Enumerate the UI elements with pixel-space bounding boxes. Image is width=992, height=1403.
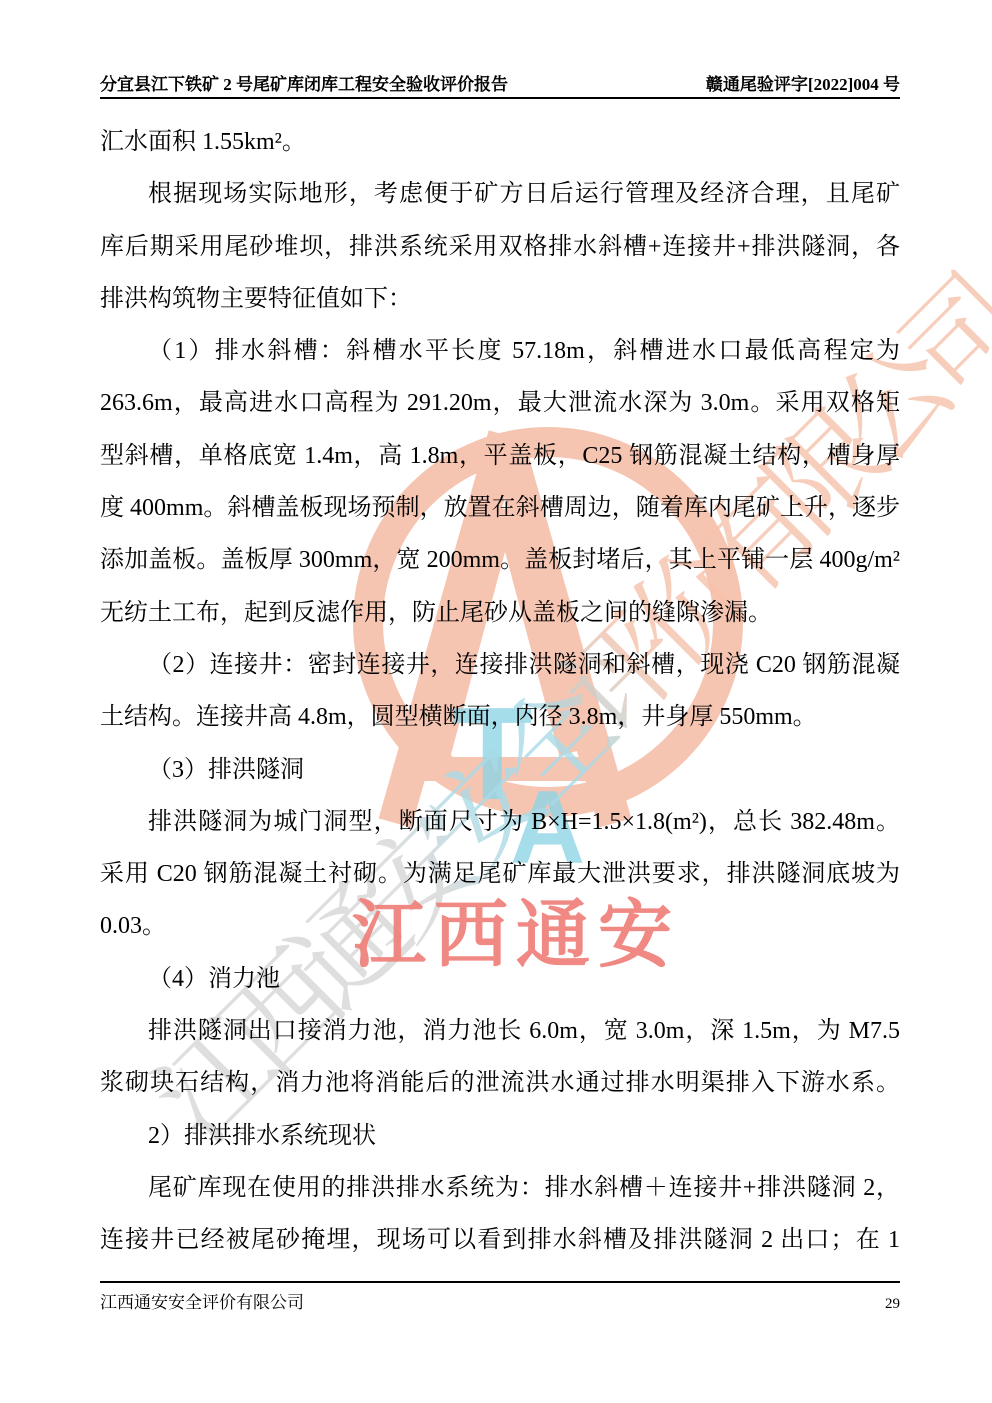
text-line: 0.03。 xyxy=(100,900,900,952)
text-line: 型斜槽，单格底宽 1.4m，高 1.8m，平盖板，C25 钢筋混凝土结构，槽身厚 xyxy=(100,430,900,482)
text-line: 263.6m，最高进水口高程为 291.20m，最大泄流水深为 3.0m。采用双… xyxy=(100,377,900,429)
text-line: 连接井已经被尾砂掩埋，现场可以看到排水斜槽及排洪隧洞 2 出口；在 1 xyxy=(100,1214,900,1266)
text-line: 汇水面积 1.55km²。 xyxy=(100,116,900,168)
body-lines: 汇水面积 1.55km²。根据现场实际地形，考虑便于矿方日后运行管理及经济合理，… xyxy=(100,116,900,1267)
page-footer: 江西通安安全评价有限公司 29 xyxy=(100,1288,900,1313)
text-line: （4）消力池 xyxy=(100,953,900,1005)
text-line: 排洪隧洞为城门洞型，断面尺寸为 B×H=1.5×1.8(m²)，总长 382.4… xyxy=(100,796,900,848)
text-line: 排洪隧洞出口接消力池，消力池长 6.0m，宽 3.0m，深 1.5m，为 M7.… xyxy=(100,1005,900,1057)
text-line: 根据现场实际地形，考虑便于矿方日后运行管理及经济合理，且尾矿 xyxy=(100,168,900,220)
text-line: 2）排洪排水系统现状 xyxy=(100,1110,900,1162)
text-line: 土结构。连接井高 4.8m，圆型横断面，内径 3.8m，井身厚 550mm。 xyxy=(100,691,900,743)
document-page: T A 江西通安安全评价有限公司 江西通安 分宜县江下铁矿 2 号尾矿库闭库工程… xyxy=(0,0,992,1403)
page-header: 分宜县江下铁矿 2 号尾矿库闭库工程安全验收评价报告 赣通尾验评字[2022]0… xyxy=(100,70,900,95)
text-line: 库后期采用尾砂堆坝，排洪系统采用双格排水斜槽+连接井+排洪隧洞，各 xyxy=(100,221,900,273)
text-line: 尾矿库现在使用的排洪排水系统为：排水斜槽＋连接井+排洪隧洞 2， xyxy=(100,1162,900,1214)
text-line: （1）排水斜槽：斜槽水平长度 57.18m，斜槽进水口最低高程定为 xyxy=(100,325,900,377)
page-number: 29 xyxy=(885,1296,900,1313)
text-line: 度 400mm。斜槽盖板现场预制，放置在斜槽周边，随着库内尾矿上升，逐步 xyxy=(100,482,900,534)
header-rule xyxy=(100,97,900,99)
text-line: 采用 C20 钢筋混凝土衬砌。为满足尾矿库最大泄洪要求，排洪隧洞底坡为 xyxy=(100,848,900,900)
text-line: （2）连接井：密封连接井，连接排洪隧洞和斜槽，现浇 C20 钢筋混凝 xyxy=(100,639,900,691)
text-line: 无纺土工布，起到反滤作用，防止尾砂从盖板之间的缝隙渗漏。 xyxy=(100,587,900,639)
footer-company: 江西通安安全评价有限公司 xyxy=(100,1288,304,1313)
text-line: （3）排洪隧洞 xyxy=(100,744,900,796)
text-line: 浆砌块石结构，消力池将消能后的泄流洪水通过排水明渠排入下游水系。 xyxy=(100,1057,900,1109)
header-doc-number: 赣通尾验评字[2022]004 号 xyxy=(706,70,900,95)
text-line: 排洪构筑物主要特征值如下： xyxy=(100,273,900,325)
text-line: 添加盖板。盖板厚 300mm，宽 200mm。盖板封堵后，其上平铺一层 400g… xyxy=(100,534,900,586)
footer-rule xyxy=(100,1281,900,1283)
header-report-title: 分宜县江下铁矿 2 号尾矿库闭库工程安全验收评价报告 xyxy=(100,70,508,95)
